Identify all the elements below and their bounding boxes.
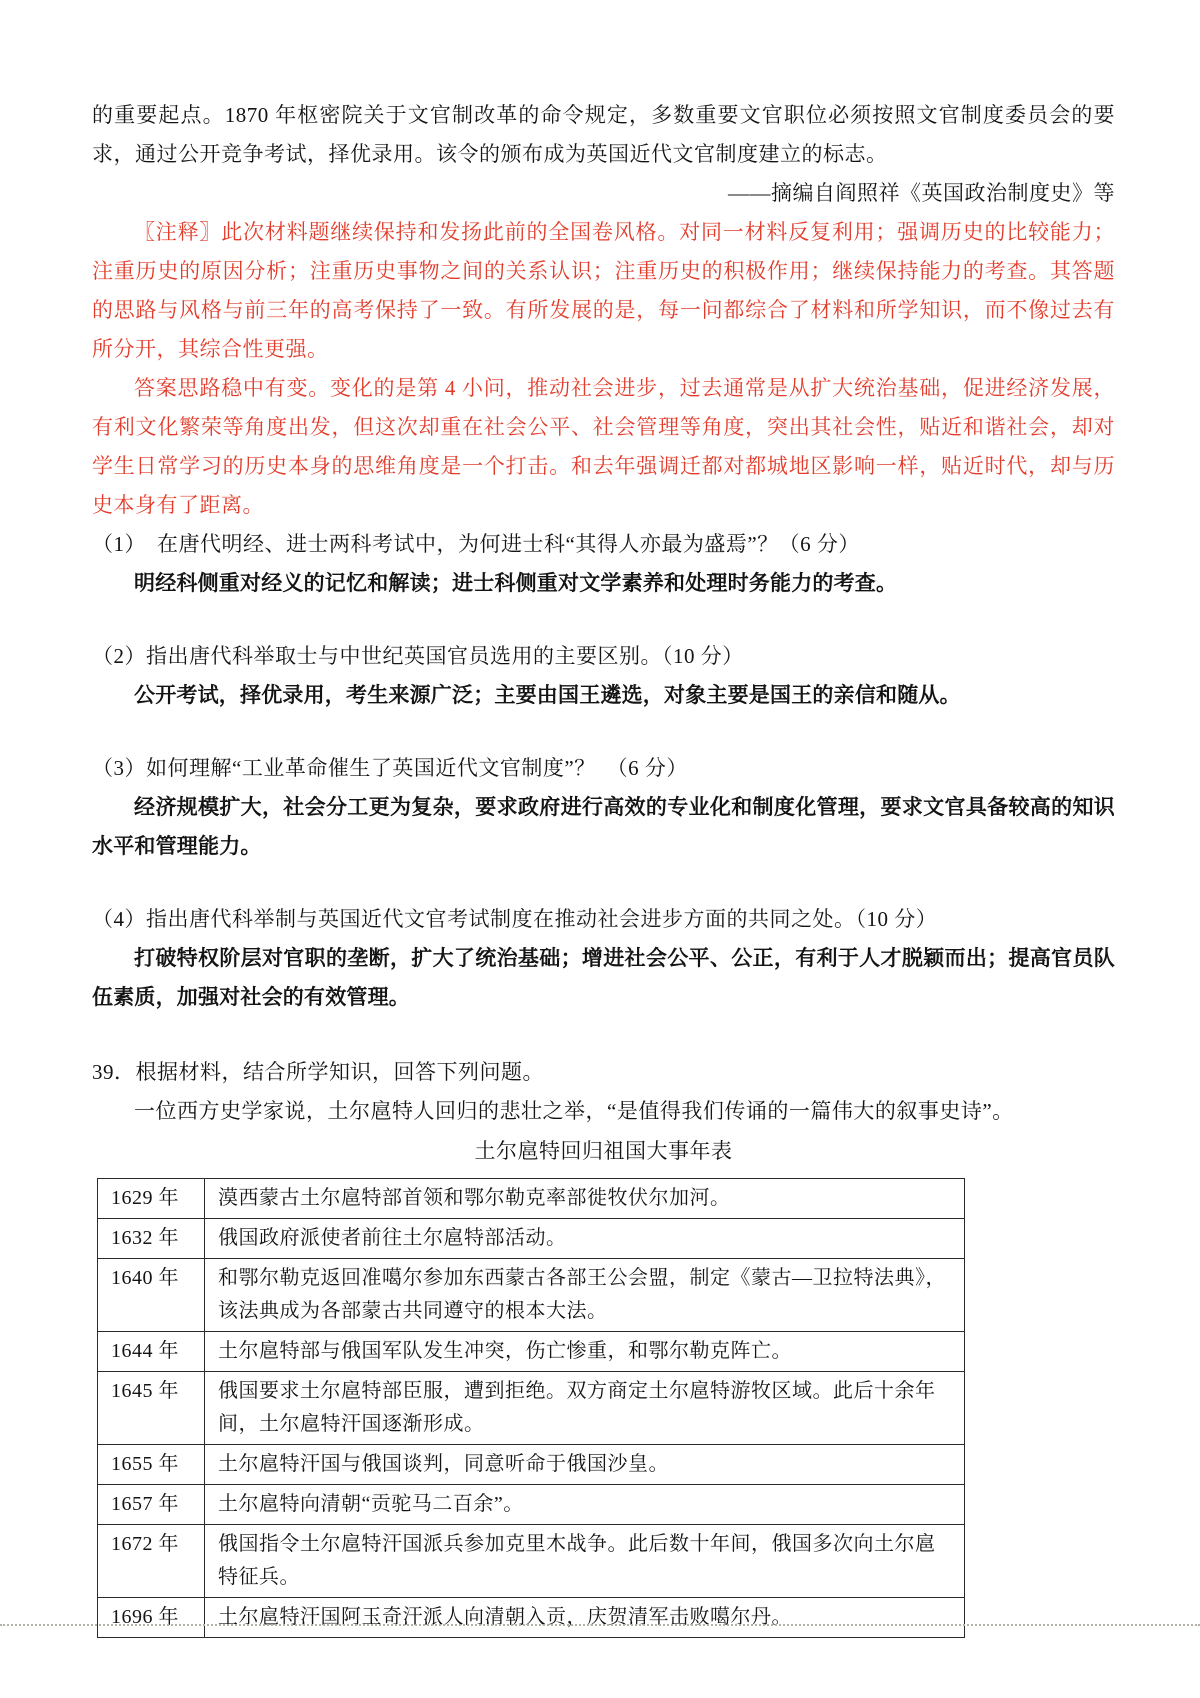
timeline-table-title: 土尔扈特回归祖国大事年表 bbox=[92, 1132, 1115, 1171]
answer-2: 公开考试，择优录用，考生来源广泛；主要由国王遴选，对象主要是国王的亲信和随从。 bbox=[92, 676, 1115, 715]
timeline-event: 俄国政府派使者前往土尔扈特部活动。 bbox=[205, 1219, 965, 1259]
question-39-intro: 一位西方史学家说，土尔扈特人回归的悲壮之举，“是值得我们传诵的一篇伟大的叙事史诗… bbox=[92, 1092, 1115, 1131]
timeline-event: 俄国要求土尔扈特部臣服，遭到拒绝。双方商定土尔扈特游牧区域。此后十余年间，土尔扈… bbox=[205, 1372, 965, 1445]
answer-3: 经济规模扩大，社会分工更为复杂，要求政府进行高效的专业化和制度化管理，要求文官具… bbox=[92, 788, 1115, 866]
table-row: 1629 年漠西蒙古土尔扈特部首领和鄂尔勒克率部徙牧伏尔加河。 bbox=[98, 1179, 965, 1219]
timeline-event: 土尔扈特向清朝“贡驼马二百余”。 bbox=[205, 1485, 965, 1525]
qa-block-3: （3）如何理解“工业革命催生了英国近代文官制度”？ （6 分） 经济规模扩大，社… bbox=[92, 749, 1115, 866]
timeline-event: 和鄂尔勒克返回准噶尔参加东西蒙古各部王公会盟，制定《蒙古—卫拉特法典》，该法典成… bbox=[205, 1259, 965, 1332]
timeline-year: 1640 年 bbox=[98, 1259, 205, 1332]
timeline-year: 1645 年 bbox=[98, 1372, 205, 1445]
question-3: （3）如何理解“工业革命催生了英国近代文官制度”？ （6 分） bbox=[92, 749, 1115, 788]
document-page: 的重要起点。1870 年枢密院关于文官制改革的命令规定，多数重要文官职位必须按照… bbox=[0, 0, 1200, 1698]
timeline-year: 1657 年 bbox=[98, 1485, 205, 1525]
table-row: 1645 年俄国要求土尔扈特部臣服，遭到拒绝。双方商定土尔扈特游牧区域。此后十余… bbox=[98, 1372, 965, 1445]
answer-1: 明经科侧重对经义的记忆和解读；进士科侧重对文学素养和处理时务能力的考查。 bbox=[92, 564, 1115, 603]
table-row: 1655 年土尔扈特汗国与俄国谈判，同意听命于俄国沙皇。 bbox=[98, 1445, 965, 1485]
question-39-stem: 39．根据材料，结合所学知识，回答下列问题。 bbox=[92, 1053, 1115, 1092]
table-row: 1672 年俄国指令土尔扈特汗国派兵参加克里木战争。此后数十年间，俄国多次向土尔… bbox=[98, 1525, 965, 1598]
table-row: 1644 年土尔扈特部与俄国军队发生冲突，伤亡惨重，和鄂尔勒克阵亡。 bbox=[98, 1332, 965, 1372]
qa-block-2: （2）指出唐代科举取士与中世纪英国官员选用的主要区别。（10 分） 公开考试，择… bbox=[92, 637, 1115, 715]
page-break-dotted-line bbox=[0, 1624, 1200, 1626]
timeline-table-body: 1629 年漠西蒙古土尔扈特部首领和鄂尔勒克率部徙牧伏尔加河。1632 年俄国政… bbox=[98, 1179, 965, 1638]
answer-4: 打破特权阶层对官职的垄断，扩大了统治基础；增进社会公平、公正，有利于人才脱颖而出… bbox=[92, 939, 1115, 1017]
source-attribution: ——摘编自阎照祥《英国政治制度史》等 bbox=[92, 174, 1115, 213]
annotation-paragraph-1: 〖注释〗此次材料题继续保持和发扬此前的全国卷风格。对同一材料反复利用；强调历史的… bbox=[92, 213, 1115, 369]
timeline-year: 1632 年 bbox=[98, 1219, 205, 1259]
table-row: 1696 年土尔扈特汗国阿玉奇汗派人向清朝入贡，庆贺清军击败噶尔丹。 bbox=[98, 1598, 965, 1638]
question-4: （4）指出唐代科举制与英国近代文官考试制度在推动社会进步方面的共同之处。（10 … bbox=[92, 900, 1115, 939]
timeline-year: 1655 年 bbox=[98, 1445, 205, 1485]
table-row: 1632 年俄国政府派使者前往土尔扈特部活动。 bbox=[98, 1219, 965, 1259]
timeline-event: 漠西蒙古土尔扈特部首领和鄂尔勒克率部徙牧伏尔加河。 bbox=[205, 1179, 965, 1219]
qa-block-1: （1） 在唐代明经、进士两科考试中，为何进士科“其得人亦最为盛焉”？（6 分） … bbox=[92, 525, 1115, 603]
question-1: （1） 在唐代明经、进士两科考试中，为何进士科“其得人亦最为盛焉”？（6 分） bbox=[92, 525, 1115, 564]
timeline-event: 土尔扈特部与俄国军队发生冲突，伤亡惨重，和鄂尔勒克阵亡。 bbox=[205, 1332, 965, 1372]
opening-paragraph: 的重要起点。1870 年枢密院关于文官制改革的命令规定，多数重要文官职位必须按照… bbox=[92, 96, 1115, 174]
question-2: （2）指出唐代科举取士与中世纪英国官员选用的主要区别。（10 分） bbox=[92, 637, 1115, 676]
timeline-year: 1696 年 bbox=[98, 1598, 205, 1638]
timeline-event: 俄国指令土尔扈特汗国派兵参加克里木战争。此后数十年间，俄国多次向土尔扈特征兵。 bbox=[205, 1525, 965, 1598]
annotation-paragraph-2: 答案思路稳中有变。变化的是第 4 小问，推动社会进步，过去通常是从扩大统治基础，… bbox=[92, 369, 1115, 525]
timeline-year: 1672 年 bbox=[98, 1525, 205, 1598]
timeline-year: 1644 年 bbox=[98, 1332, 205, 1372]
qa-block-4: （4）指出唐代科举制与英国近代文官考试制度在推动社会进步方面的共同之处。（10 … bbox=[92, 900, 1115, 1017]
timeline-event: 土尔扈特汗国阿玉奇汗派人向清朝入贡，庆贺清军击败噶尔丹。 bbox=[205, 1598, 965, 1638]
table-row: 1657 年土尔扈特向清朝“贡驼马二百余”。 bbox=[98, 1485, 965, 1525]
timeline-event: 土尔扈特汗国与俄国谈判，同意听命于俄国沙皇。 bbox=[205, 1445, 965, 1485]
timeline-year: 1629 年 bbox=[98, 1179, 205, 1219]
question-39-section: 39．根据材料，结合所学知识，回答下列问题。 一位西方史学家说，土尔扈特人回归的… bbox=[92, 1053, 1115, 1638]
table-row: 1640 年和鄂尔勒克返回准噶尔参加东西蒙古各部王公会盟，制定《蒙古—卫拉特法典… bbox=[98, 1259, 965, 1332]
timeline-table: 1629 年漠西蒙古土尔扈特部首领和鄂尔勒克率部徙牧伏尔加河。1632 年俄国政… bbox=[97, 1178, 965, 1638]
